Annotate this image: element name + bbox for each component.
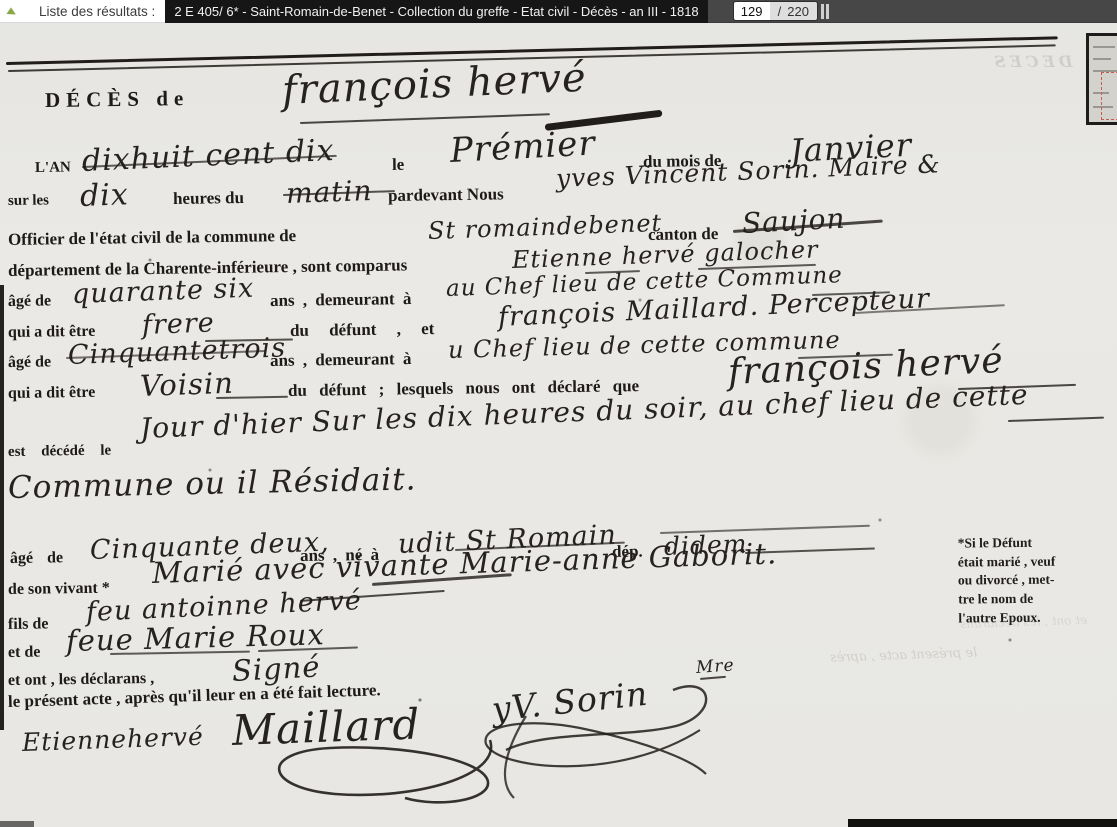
label-officier-commune: Officier de l'état civil de la commune d… — [8, 226, 296, 250]
label-du-defunt-1: du défunt , et — [290, 319, 435, 341]
hand-age1: quarante six — [71, 273, 254, 310]
bleedthrough-line1: le présent acte , après — [830, 645, 978, 665]
bleedthrough-line2: et ont , les déclarans — [960, 613, 1088, 631]
archive-viewer-screen: DÉCÈS de françois hervé L'AN dixhuit cen… — [0, 0, 1117, 827]
signature-sorin-flourish — [468, 672, 718, 802]
death-details-dash — [1008, 417, 1104, 422]
hand-officer-name: yves Vincent Sorin. Maire & — [555, 149, 941, 193]
label-age2: âgé de — [8, 353, 51, 372]
hand-death-details-2: Commune ou il Résidait. — [8, 461, 417, 506]
label-est-decede: est décédé le — [8, 443, 111, 461]
minimap-viewport-rect[interactable] — [1101, 72, 1117, 120]
hand-commune: St romaindebenet — [428, 209, 663, 245]
hand-canton: Saujon — [741, 202, 846, 240]
minimap-textline — [1093, 46, 1115, 48]
label-sur-les: sur les — [8, 192, 49, 210]
page-total: /220 — [770, 2, 817, 20]
scanned-document-viewport[interactable]: DÉCÈS de françois hervé L'AN dixhuit cen… — [0, 0, 1117, 827]
label-lan: L'AN — [35, 160, 71, 177]
dep-overline — [660, 525, 870, 534]
scan-edge-bottom-left — [0, 821, 34, 827]
label-qui-a-dit-2: qui a dit être — [8, 384, 96, 403]
hand-hour: dix — [79, 177, 129, 214]
label-age3: âgé de — [10, 549, 63, 568]
page-number-input[interactable] — [734, 2, 770, 20]
signature-declarant1: Etiennehervé — [21, 722, 204, 757]
toolbar-left-section: Liste des résultats : — [0, 0, 165, 23]
results-list-label: Liste des résultats : — [39, 4, 155, 19]
page-counter: /220 — [734, 2, 817, 20]
navigation-minimap[interactable] — [1086, 33, 1117, 125]
document-title-bar: 2 E 405/ 6* - Saint-Romain-de-Benet - Co… — [165, 0, 707, 23]
label-demeurant2: ans , demeurant à — [270, 349, 412, 371]
heading-underline — [300, 113, 550, 124]
vertical-grip-icon[interactable] — [821, 4, 829, 19]
bleedthrough-deces: DECES — [990, 52, 1073, 71]
signature-maillard-paraph — [240, 738, 500, 808]
scan-edge-left — [0, 285, 4, 730]
label-heures-du: heures du — [173, 188, 244, 209]
label-age1: âgé de — [8, 292, 51, 311]
heading-printed: DÉCÈS de — [45, 86, 190, 113]
label-demeurant1: ans , demeurant à — [270, 289, 412, 311]
page-separator: / — [778, 4, 782, 19]
label-et-ont-declarans: et ont , les déclarans , — [8, 670, 154, 690]
relation2-dash — [216, 396, 288, 399]
page-total-value: 220 — [787, 4, 809, 19]
label-pardevant-nous: pardevant Nous — [388, 184, 504, 206]
label-fils-de: fils de — [8, 615, 49, 634]
minimap-textline — [1093, 58, 1111, 60]
label-et-de: et de — [8, 644, 41, 662]
scan-edge-bottom-right — [848, 819, 1117, 827]
viewer-toolbar: Liste des résultats : 2 E 405/ 6* - Sain… — [0, 0, 1117, 23]
toolbar-right-section: /220 — [708, 0, 1117, 23]
green-cursor-arrow-icon — [8, 7, 17, 16]
label-le: le — [392, 155, 405, 175]
